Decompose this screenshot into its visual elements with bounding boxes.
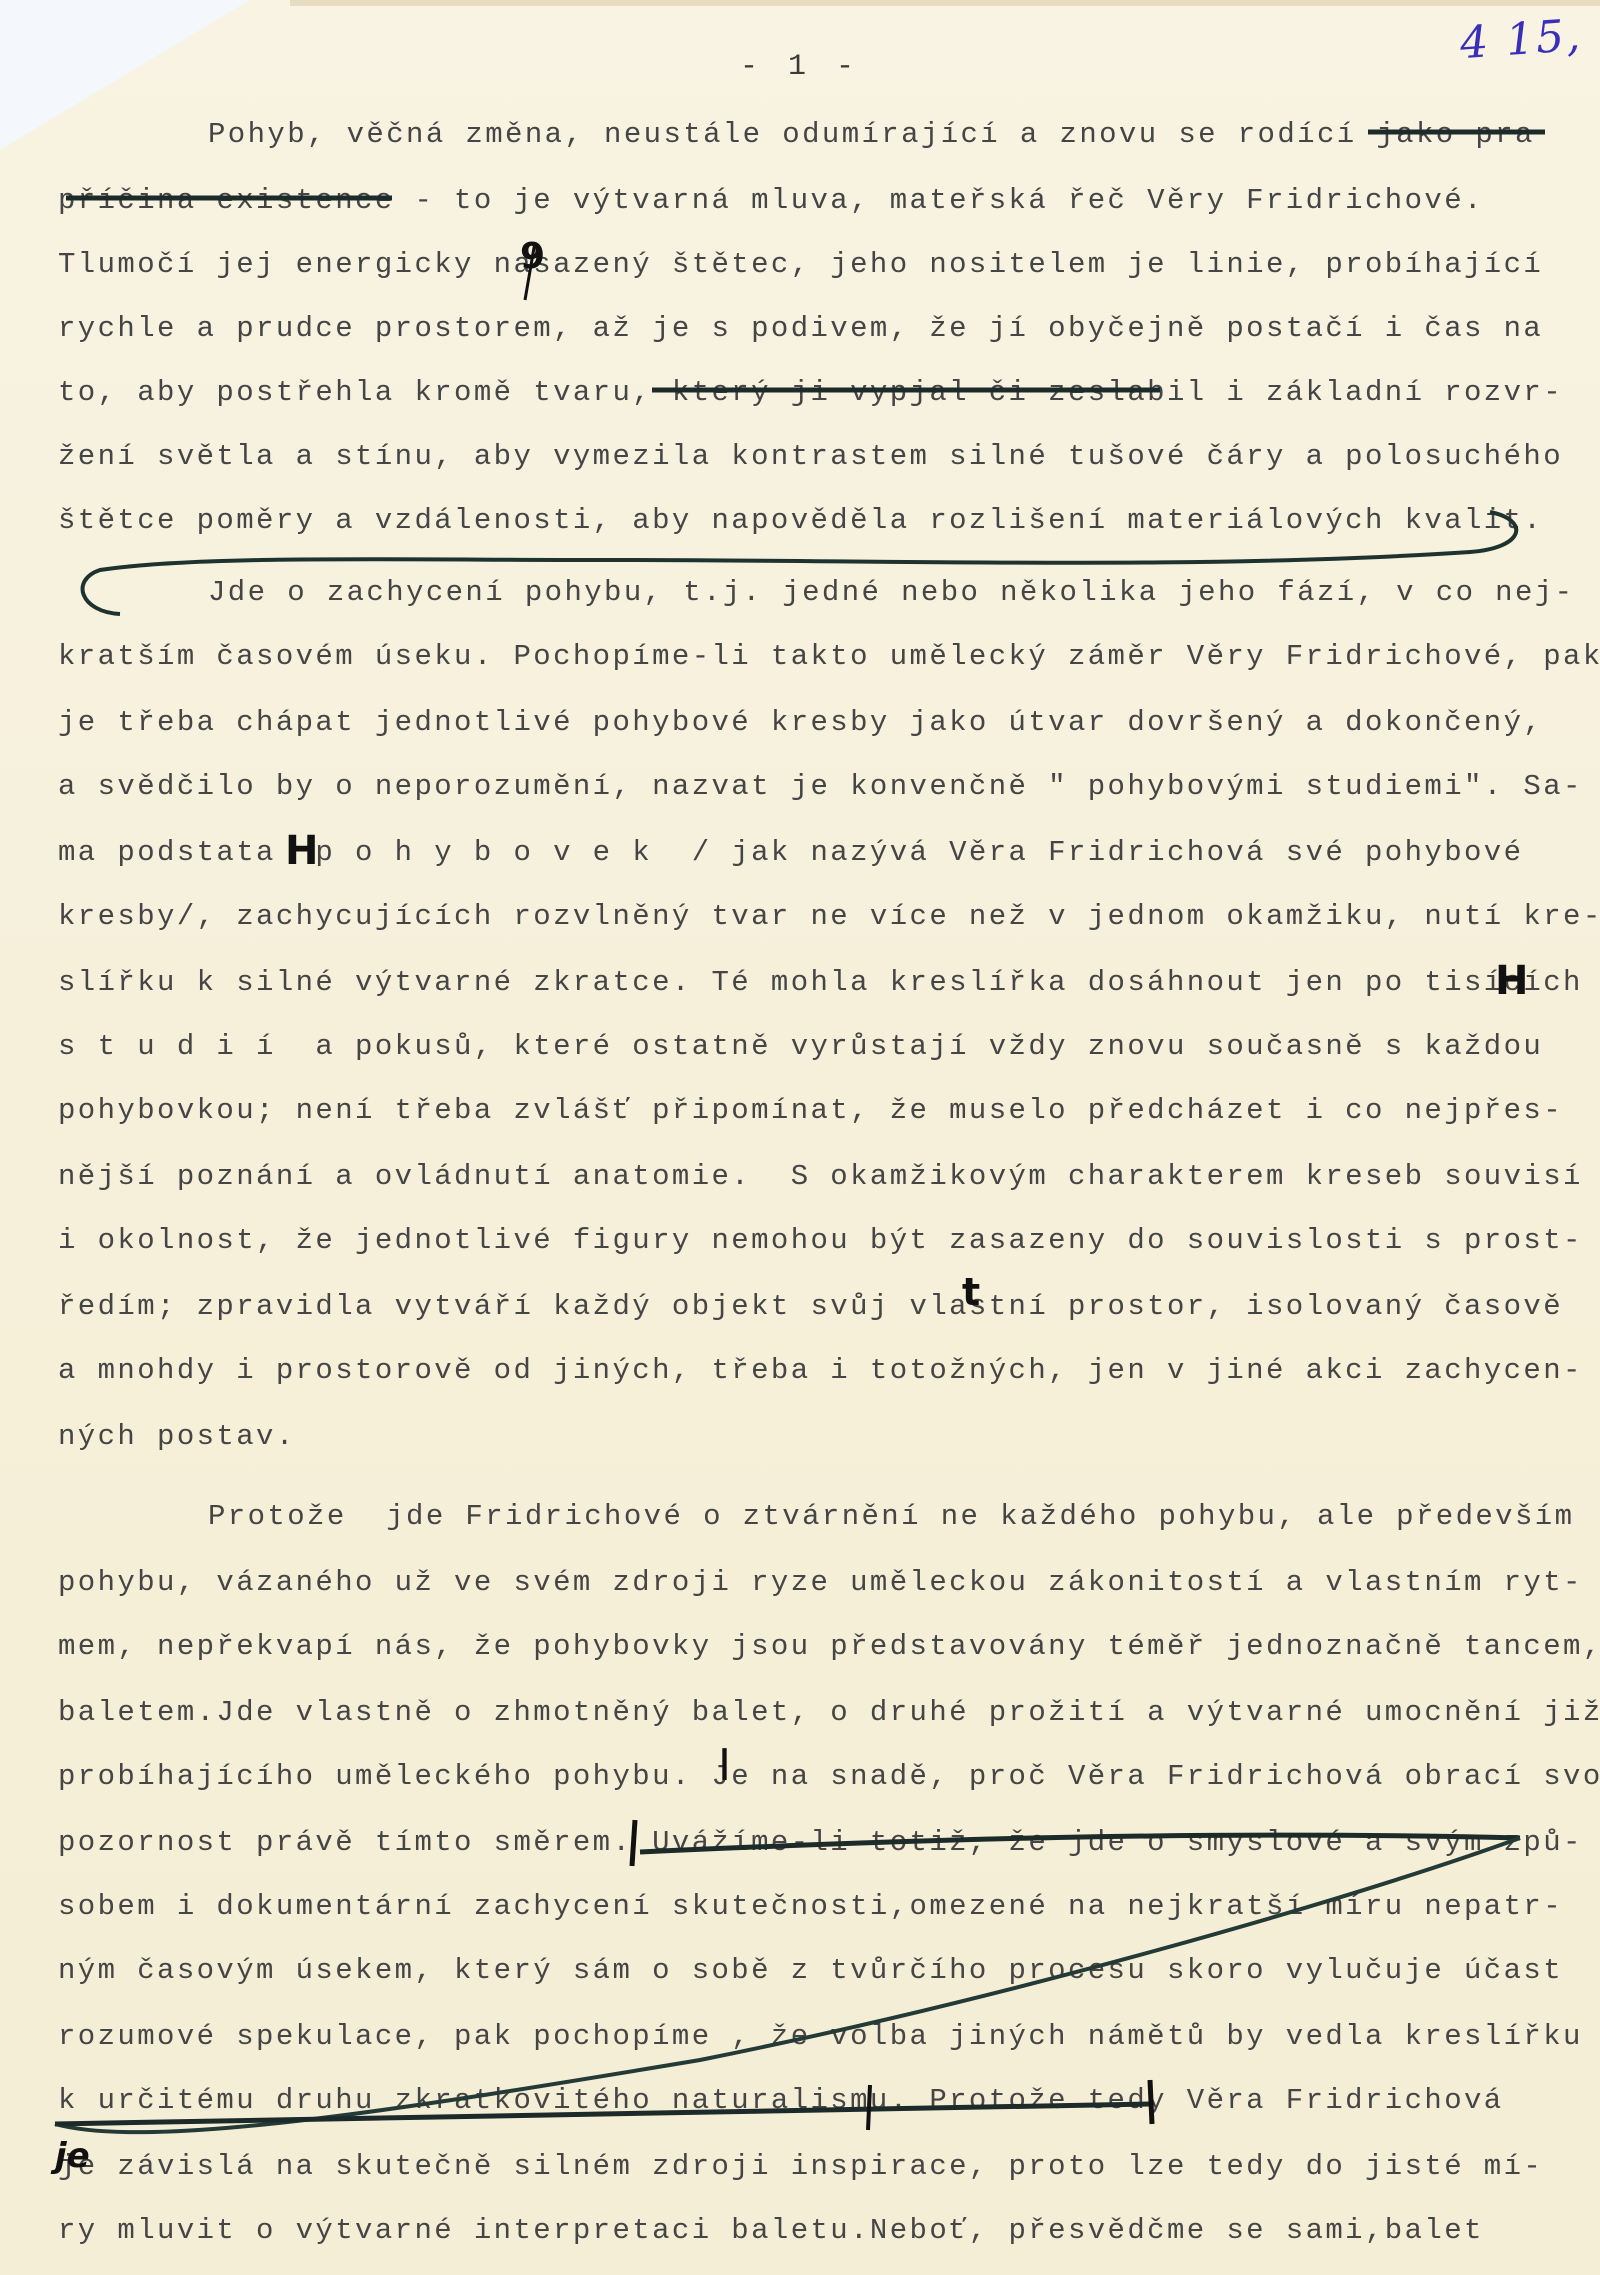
text-line: s t u d i í a pokusů, které ostatně vyrů… <box>58 1030 1543 1063</box>
text-line: i okolnost, že jednotlivé figury nemohou… <box>58 1224 1583 1257</box>
page-top-edge <box>290 0 1600 6</box>
text-line: ných postav. <box>58 1420 296 1453</box>
page-number: - 1 - <box>0 50 1600 84</box>
text-line: pohybu, vázaného už ve svém zdroji ryze … <box>58 1566 1583 1599</box>
handwritten-insertion-mark: 9 <box>520 236 545 277</box>
text-line: štětce poměry a vzdálenosti, aby napověd… <box>58 504 1543 537</box>
text-line: Tlumočí jej energicky nasazený štětec, j… <box>58 248 1543 281</box>
text-line: Jde o zachycení pohybu, t.j. jedné nebo … <box>208 576 1574 609</box>
handwritten-correction-mark: t <box>962 1270 980 1314</box>
text-line: sobem i dokumentární zachycení skutečnos… <box>58 1890 1563 1923</box>
text-line: ma podstata p o h y b o v e k / jak nazý… <box>58 836 1523 869</box>
text-line: pozornost právě tímto směrem. Uvážíme-li… <box>58 1826 1583 1859</box>
text-line: kresby/, zachycujících rozvlněný tvar ne… <box>58 900 1600 933</box>
text-line: ry mluvit o výtvarné interpretaci baletu… <box>58 2214 1484 2247</box>
handwritten-page-annotation: 4 15, <box>1458 10 1583 69</box>
text-line: ným časovým úsekem, který sám o sobě z t… <box>58 1954 1563 1987</box>
handwritten-insertion-mark: I <box>718 1740 731 1791</box>
text-line: slířku k silné výtvarné zkratce. Té mohl… <box>58 966 1583 999</box>
text-line: ředím; zpravidla vytváří každý objekt sv… <box>58 1290 1563 1323</box>
text-line: Pohyb, věčná změna, neustále odumírající… <box>208 118 1535 151</box>
text-line: to, aby postřehla kromě tvaru, který ji … <box>58 376 1563 409</box>
text-line: a mnohdy i prostorově od jiných, třeba i… <box>58 1354 1583 1387</box>
text-line: a svědčilo by o neporozumění, nazvat je … <box>58 770 1583 803</box>
text-line: je závislá na skutečně silném zdroji ins… <box>58 2150 1543 2183</box>
text-line: k určitému druhu zkratkovitého naturalis… <box>58 2084 1504 2117</box>
text-line: je třeba chápat jednotlivé pohybové kres… <box>58 706 1543 739</box>
text-line: baletem.Jde vlastně o zhmotněný balet, o… <box>58 1696 1600 1729</box>
text-line: žení světla a stínu, aby vymezila kontra… <box>58 440 1563 473</box>
text-line: probíhajícího uměleckého pohybu. Je na s… <box>58 1760 1600 1793</box>
text-line: mem, nepřekvapí nás, že pohybovky jsou p… <box>58 1630 1600 1663</box>
text-line: rozumové spekulace, pak pochopíme , že v… <box>58 2020 1583 2053</box>
scanned-page: - 1 - 4 15, Pohyb, věčná změna, neustále… <box>0 0 1600 2275</box>
handwritten-paragraph-mark: H <box>1495 958 1528 1004</box>
text-line: rychle a prudce prostorem, až je s podiv… <box>58 312 1543 345</box>
handwritten-correction-mark: je <box>55 2136 90 2176</box>
text-line: příčina existence - to je výtvarná mluva… <box>58 184 1484 217</box>
text-line: Protože jde Fridrichové o ztvárnění ne k… <box>208 1500 1574 1533</box>
text-line: nější poznání a ovládnutí anatomie. S ok… <box>58 1160 1583 1193</box>
text-line: kratším časovém úseku. Pochopíme-li takt… <box>58 640 1600 673</box>
text-line: pohybovkou; není třeba zvlášť připomínat… <box>58 1094 1563 1127</box>
handwritten-paragraph-mark: H <box>285 828 318 874</box>
